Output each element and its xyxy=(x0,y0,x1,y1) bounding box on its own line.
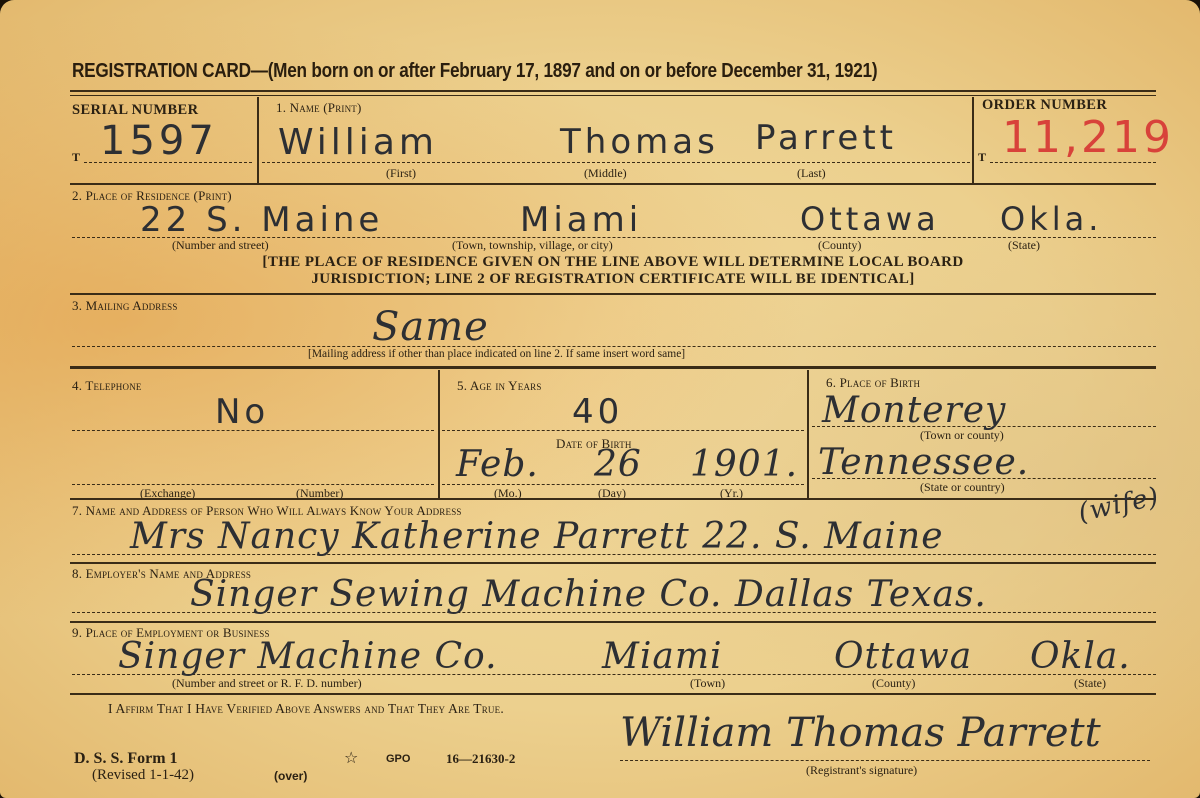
divider xyxy=(438,370,440,498)
telephone-line-2 xyxy=(72,484,434,485)
dob-month-value: Feb. xyxy=(456,444,539,485)
divider xyxy=(807,370,809,498)
star-icon: ☆ xyxy=(344,748,358,767)
employment-town-caption: (Town) xyxy=(690,676,725,691)
employment-county-caption: (County) xyxy=(872,676,915,691)
residence-state-value: Okla. xyxy=(1000,200,1102,238)
county-caption: (County) xyxy=(818,238,861,253)
order-prefix: T xyxy=(978,150,986,165)
first-caption: (First) xyxy=(386,166,416,181)
birthplace-state-value: Tennessee. xyxy=(818,442,1029,483)
section-rule xyxy=(70,498,1156,500)
mailing-address-label: 3. Mailing Address xyxy=(72,298,178,314)
mailing-line xyxy=(72,346,1156,347)
section-rule xyxy=(70,183,1156,185)
birthplace-label: 6. Place of Birth xyxy=(826,375,920,391)
birthplace-town-caption: (Town or county) xyxy=(920,428,1004,443)
telephone-value: No xyxy=(215,392,269,432)
age-label: 5. Age in Years xyxy=(457,378,542,394)
over-note: (over) xyxy=(274,769,307,783)
mailing-caption: [Mailing address if other than place ind… xyxy=(308,348,685,360)
title-rule xyxy=(70,90,1156,92)
birthplace-state-caption: (State or country) xyxy=(920,480,1005,495)
form-name: D. S. S. Form 1 xyxy=(74,750,178,768)
employer-value: Singer Sewing Machine Co. Dallas Texas. xyxy=(190,574,987,615)
employment-town-value: Miami xyxy=(602,636,723,677)
divider xyxy=(972,97,974,183)
employment-street-caption: (Number and street or R. F. D. number) xyxy=(172,676,362,691)
dob-day-value: 26 xyxy=(594,444,642,485)
middle-caption: (Middle) xyxy=(584,166,627,181)
card-title: REGISTRATION CARD—(Men born on or after … xyxy=(72,60,877,83)
employment-state-caption: (State) xyxy=(1074,676,1106,691)
serial-prefix: T xyxy=(72,150,80,165)
name-last-value: Parrett xyxy=(755,118,897,158)
contact-person-value: Mrs Nancy Katherine Parrett 22. S. Maine xyxy=(130,516,944,557)
age-value: 40 xyxy=(572,392,623,432)
dob-year-value: 1901. xyxy=(690,444,798,485)
state-caption: (State) xyxy=(1008,238,1040,253)
section-rule xyxy=(70,293,1156,295)
employment-street-value: Singer Machine Co. xyxy=(118,636,498,677)
name-first-value: William xyxy=(278,122,438,163)
signature-line xyxy=(620,760,1150,761)
serial-number-value: 1597 xyxy=(100,118,218,164)
affirmation-text: I Affirm That I Have Verified Above Answ… xyxy=(108,701,504,717)
print-code: 16—21630-2 xyxy=(446,751,515,767)
employment-state-value: Okla. xyxy=(1030,636,1131,677)
street-caption: (Number and street) xyxy=(172,238,269,253)
order-number-value: 11,219 xyxy=(1002,112,1174,163)
residence-street-value: 22 S. Maine xyxy=(140,200,383,240)
town-caption: (Town, township, village, or city) xyxy=(452,238,613,253)
telephone-label: 4. Telephone xyxy=(72,378,142,394)
section-rule xyxy=(70,366,1156,369)
registration-card: REGISTRATION CARD—(Men born on or after … xyxy=(0,0,1200,798)
serial-number-label: SERIAL NUMBER xyxy=(72,102,198,119)
signature-value: William Thomas Parrett xyxy=(620,710,1101,756)
section-rule xyxy=(70,562,1156,564)
birthplace-town-value: Monterey xyxy=(822,390,1006,431)
residence-notice-line2: JURISDICTION; LINE 2 OF REGISTRATION CER… xyxy=(140,271,1086,288)
last-caption: (Last) xyxy=(797,166,826,181)
section-rule xyxy=(70,621,1156,623)
section-rule xyxy=(70,693,1156,695)
employment-county-value: Ottawa xyxy=(834,636,972,677)
name-label: 1. Name (Print) xyxy=(276,100,362,116)
title-rule-2 xyxy=(70,95,1156,96)
form-revised: (Revised 1-1-42) xyxy=(92,767,194,784)
name-middle-value: Thomas xyxy=(560,122,719,162)
mailing-address-value: Same xyxy=(372,304,489,350)
gpo-label: GPO xyxy=(386,753,410,765)
divider xyxy=(257,97,259,183)
residence-county-value: Ottawa xyxy=(800,200,940,238)
signature-caption: (Registrant's signature) xyxy=(806,763,917,778)
residence-notice-line1: [THE PLACE OF RESIDENCE GIVEN ON THE LIN… xyxy=(140,254,1086,271)
residence-town-value: Miami xyxy=(520,200,642,240)
contact-annotation: (wife) xyxy=(1076,482,1162,528)
